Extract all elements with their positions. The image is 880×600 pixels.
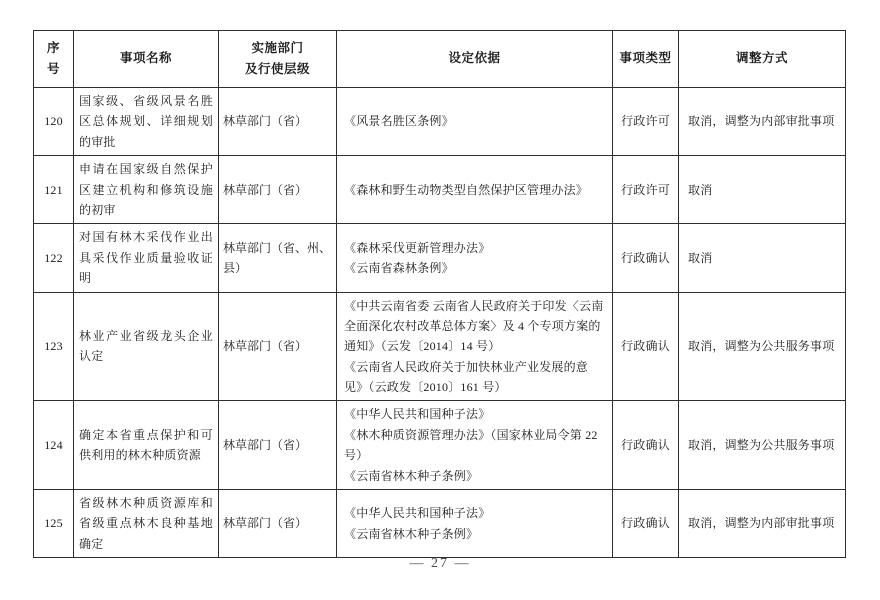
cell-adjustment: 取消，调整为公共服务事项: [679, 401, 846, 490]
cell-basis: 《中华人民共和国种子法》 《云南省林木种子条例》: [337, 490, 613, 558]
col-header-department: 实施部门 及行使层级: [219, 31, 337, 88]
cell-item-name: 国家级、省级风景名胜区总体规划、详细规划的审批: [74, 88, 219, 156]
cell-item-name: 林业产业省级龙头企业认定: [74, 292, 219, 401]
cell-seq: 125: [34, 490, 74, 558]
col-header-item-type: 事项类型: [613, 31, 679, 88]
cell-seq: 121: [34, 156, 74, 224]
cell-adjustment: 取消: [679, 156, 846, 224]
cell-item-type: 行政确认: [613, 401, 679, 490]
table-row: 122 对国有林木采伐作业出具采伐作业质量验收证明 林草部门（省、州、县） 《森…: [34, 224, 846, 292]
col-header-item-name: 事项名称: [74, 31, 219, 88]
col-header-seq: 序 号: [34, 31, 74, 88]
cell-department: 林草部门（省）: [219, 401, 337, 490]
table-row: 123 林业产业省级龙头企业认定 林草部门（省） 《中共云南省委 云南省人民政府…: [34, 292, 846, 401]
cell-basis: 《中共云南省委 云南省人民政府关于印发〈云南全面深化农村改革总体方案〉及 4 个…: [337, 292, 613, 401]
cell-department: 林草部门（省）: [219, 490, 337, 558]
cell-adjustment: 取消，调整为内部审批事项: [679, 88, 846, 156]
table-row: 120 国家级、省级风景名胜区总体规划、详细规划的审批 林草部门（省） 《风景名…: [34, 88, 846, 156]
cell-basis: 《森林和野生动物类型自然保护区管理办法》: [337, 156, 613, 224]
cell-seq: 123: [34, 292, 74, 401]
cell-item-type: 行政许可: [613, 156, 679, 224]
table-header-row: 序 号 事项名称 实施部门 及行使层级 设定依据 事项类型 调整方式: [34, 31, 846, 88]
cell-department: 林草部门（省）: [219, 88, 337, 156]
table-row: 124 确定本省重点保护和可供利用的林木种质资源 林草部门（省） 《中华人民共和…: [34, 401, 846, 490]
cell-adjustment: 取消: [679, 224, 846, 292]
col-header-adjustment: 调整方式: [679, 31, 846, 88]
table-row: 121 申请在国家级自然保护区建立机构和修筑设施的初审 林草部门（省） 《森林和…: [34, 156, 846, 224]
cell-seq: 122: [34, 224, 74, 292]
cell-basis: 《森林采伐更新管理办法》 《云南省森林条例》: [337, 224, 613, 292]
cell-item-name: 确定本省重点保护和可供利用的林木种质资源: [74, 401, 219, 490]
cell-item-type: 行政确认: [613, 490, 679, 558]
cell-seq: 124: [34, 401, 74, 490]
cell-basis: 《中华人民共和国种子法》 《林木种质资源管理办法》（国家林业局令第 22 号） …: [337, 401, 613, 490]
col-header-basis: 设定依据: [337, 31, 613, 88]
cell-department: 林草部门（省、州、县）: [219, 224, 337, 292]
cell-item-type: 行政许可: [613, 88, 679, 156]
cell-item-type: 行政确认: [613, 224, 679, 292]
cell-adjustment: 取消，调整为内部审批事项: [679, 490, 846, 558]
cell-seq: 120: [34, 88, 74, 156]
cell-department: 林草部门（省）: [219, 292, 337, 401]
cell-item-name: 对国有林木采伐作业出具采伐作业质量验收证明: [74, 224, 219, 292]
approval-items-table: 序 号 事项名称 实施部门 及行使层级 设定依据 事项类型 调整方式 120 国…: [33, 30, 846, 558]
cell-item-type: 行政确认: [613, 292, 679, 401]
cell-item-name: 省级林木种质资源库和省级重点林木良种基地确定: [74, 490, 219, 558]
cell-department: 林草部门（省）: [219, 156, 337, 224]
page-number: — 27 —: [0, 556, 880, 572]
table-row: 125 省级林木种质资源库和省级重点林木良种基地确定 林草部门（省） 《中华人民…: [34, 490, 846, 558]
cell-adjustment: 取消，调整为公共服务事项: [679, 292, 846, 401]
cell-item-name: 申请在国家级自然保护区建立机构和修筑设施的初审: [74, 156, 219, 224]
cell-basis: 《风景名胜区条例》: [337, 88, 613, 156]
